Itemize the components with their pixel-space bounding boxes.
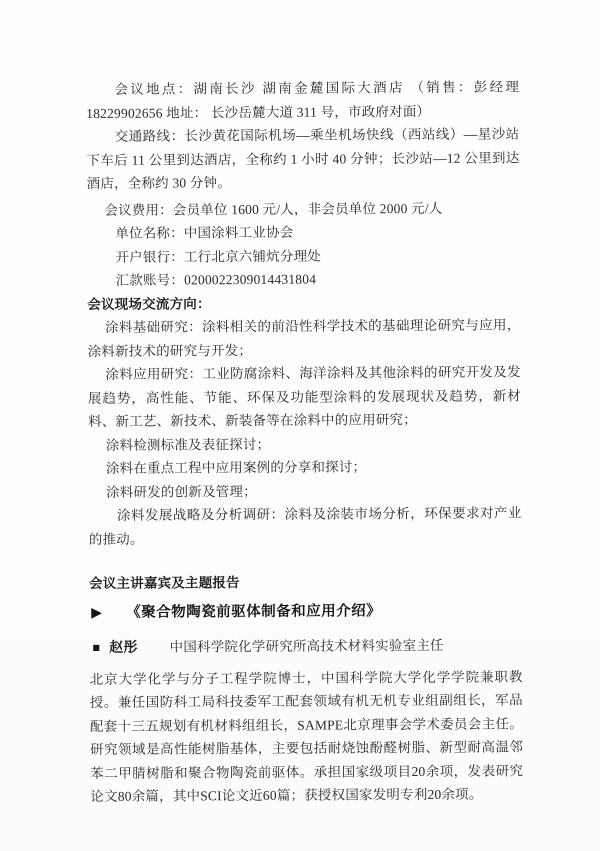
speaker-title: 中国科学院化学研究所高技术材料实验室主任 xyxy=(170,634,444,659)
speaker-bio: 北京大学化学与分子工程学院博士，中国科学院大学化学学院兼职教授。兼任国防科工局科… xyxy=(90,665,524,809)
exchange-item-strategy-analysis: 涂料发展战略及分析调研：涂料及涂装市场分析，环保要求对产业的推动。 xyxy=(89,501,522,551)
play-arrow-icon: ▶ xyxy=(91,606,102,620)
exchange-item-testing-standards: 涂料检测标准及表征探讨； xyxy=(88,431,521,457)
exchange-item-application-research: 涂料应用研究：工业防腐涂料、海洋涂料及其他涂料的研究开发及发展趋势，高性能、节能… xyxy=(88,360,521,433)
exchange-heading: 会议现场交流方向： xyxy=(87,290,520,316)
exchange-item-key-projects: 涂料在重点工程中应用案例的分享和探讨； xyxy=(88,454,521,480)
exchange-item-rd-innovation: 涂料研发的创新及管理； xyxy=(88,478,521,504)
org-name-line: 单位名称：中国涂料工业协会 xyxy=(87,219,520,245)
exchange-item-basic-research: 涂料基础研究：涂料相关的前沿性科学技术的基础理论研究与应用，涂料新技术的研究与开… xyxy=(87,313,520,363)
talk-title: 《聚合物陶瓷前驱体制备和应用介绍》 xyxy=(126,600,381,625)
speaker-name: 赵彤 xyxy=(109,636,138,660)
square-bullet-icon: ■ xyxy=(92,636,100,660)
talk-title-row: ▶ 《聚合物陶瓷前驱体制备和应用介绍》 xyxy=(89,599,522,625)
fee-line: 会议费用：会员单位 1600 元/人，非会员单位 2000 元/人 xyxy=(87,196,520,222)
bank-line: 开户银行：工行北京六铺炕分理处 xyxy=(87,243,520,269)
speaker-row: ■ 赵彤 中国科学院化学研究所高技术材料实验室主任 xyxy=(89,633,522,661)
document-content: 会议地点：湖南长沙 湖南金麓国际大酒店 （销售：彭经理 18229902656 … xyxy=(86,75,523,808)
account-line: 汇款账号：0200022309014431804 xyxy=(87,266,520,292)
transport-line: 交通路线：长沙黄花国际机场—乘坐机场快线（西站线）—星沙站下车后 11 公里到达… xyxy=(86,122,519,195)
speakers-heading: 会议主讲嘉宾及主题报告 xyxy=(89,569,522,595)
scanned-document-page: 会议地点：湖南长沙 湖南金麓国际大酒店 （销售：彭经理 18229902656 … xyxy=(0,0,600,851)
venue-line: 会议地点：湖南长沙 湖南金麓国际大酒店 （销售：彭经理 18229902656 … xyxy=(86,75,519,125)
